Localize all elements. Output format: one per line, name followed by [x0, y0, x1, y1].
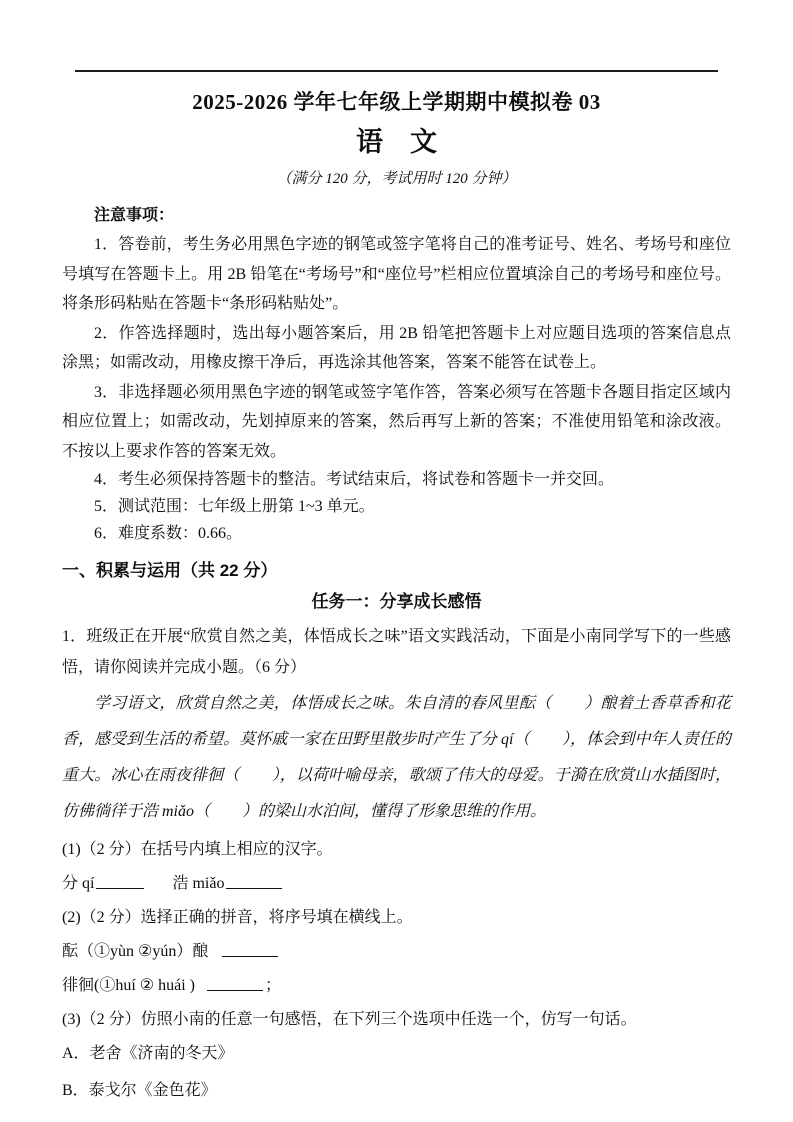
task-heading: 任务一：分享成长感悟	[62, 587, 731, 616]
question-1-3-stem: (3)（2 分）仿照小南的任意一句感悟，在下列三个选项中任选一个，仿写一句话。	[62, 1005, 731, 1034]
option-b: B．泰戈尔《金色花》	[62, 1076, 731, 1105]
question-1-2-item-1: 酝（①yùn ②yún）酿	[62, 937, 731, 966]
header-rule	[75, 70, 718, 72]
exam-title: 2025-2026 学年七年级上学期期中模拟卷 03	[62, 87, 731, 117]
answer-blank	[226, 873, 282, 889]
notice-item-1: 1．答卷前，考生务必用黑色字迹的钢笔或签字笔将自己的准考证号、姓名、考场号和座位…	[62, 230, 731, 319]
section-heading: 一、积累与运用（共 22 分）	[62, 556, 731, 585]
blank-label-hao-miao: 浩 miǎo	[172, 875, 224, 892]
question-1-stem: 1．班级正在开展“欣赏自然之美，体悟成长之味”语文实践活动，下面是小南同学写下的…	[62, 621, 731, 683]
page-content: 2025-2026 学年七年级上学期期中模拟卷 03 语 文 （满分 120 分…	[0, 87, 793, 1105]
notice-item-3: 3．非选择题必须用黑色字迹的钢笔或签字笔作答，答案必须写在答题卡各题目指定区域内…	[62, 378, 731, 467]
subject-title: 语 文	[62, 124, 731, 160]
question-1-2-stem: (2)（2 分）选择正确的拼音，将序号填在横线上。	[62, 903, 731, 932]
pinyin-choice-huai: 徘徊(①huí ② huái )	[62, 977, 195, 994]
question-1-passage: 学习语文，欣赏自然之美，体悟成长之味。朱自清的春风里酝（ ）酿着土香草香和花香，…	[62, 686, 731, 830]
notice-item-5: 5．测试范围：七年级上册第 1~3 单元。	[62, 493, 731, 520]
notice-item-6: 6．难度系数：0.66。	[62, 520, 731, 547]
pinyin-choice-yun: 酝（①yùn ②yún）酿	[62, 943, 208, 960]
exam-paper-page: 2025-2026 学年七年级上学期期中模拟卷 03 语 文 （满分 120 分…	[0, 0, 793, 1122]
notice-item-4: 4．考生必须保持答题卡的整洁。考试结束后，将试卷和答题卡一并交回。	[62, 466, 731, 493]
notice-item-2: 2．作答选择题时，选出每小题答案后，用 2B 铅笔把答题卡上对应题目选项的答案信…	[62, 319, 731, 378]
question-1-2-item-2: 徘徊(①huí ② huái )；	[62, 971, 731, 1000]
answer-blank	[96, 873, 144, 889]
notice-heading: 注意事项：	[62, 201, 731, 230]
blank-label-fen-qi: 分 qí	[62, 875, 94, 892]
exam-info: （满分 120 分，考试用时 120 分钟）	[62, 169, 731, 190]
trailing-punctuation: ；	[265, 977, 281, 994]
option-a: A．老舍《济南的冬天》	[62, 1039, 731, 1068]
answer-blank	[222, 941, 278, 957]
answer-blank	[207, 975, 263, 991]
question-1-1-answer-line: 分 qí浩 miǎo	[62, 869, 731, 898]
question-1-1-stem: (1)（2 分）在括号内填上相应的汉字。	[62, 835, 731, 864]
